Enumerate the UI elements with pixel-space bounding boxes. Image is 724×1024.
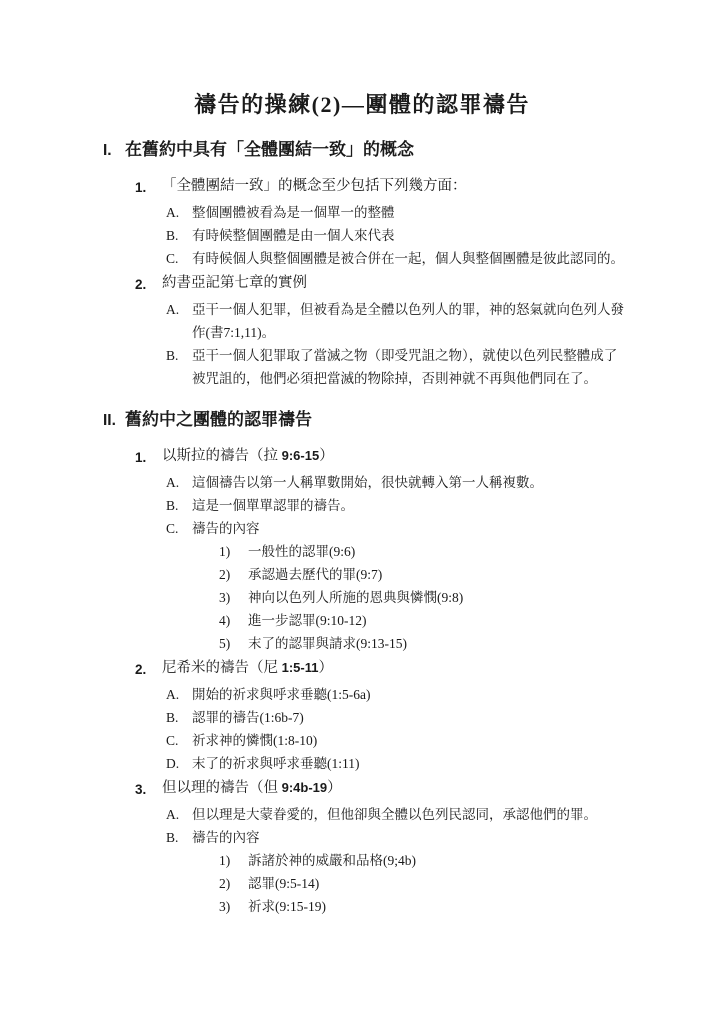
letter-item: A. 開始的祈求與呼求垂聽(1:5-6a) [0, 683, 724, 706]
item-text-pre: 「全體團結一致」的概念至少包括下列幾方面： [162, 178, 467, 194]
letter-item: B. 亞干一個人犯罪取了當滅之物（即受咒詛之物），就使以色列民整體成了被咒詛的，… [0, 344, 724, 390]
item-text-pre: 但以理的禱告（但 [162, 780, 282, 796]
letter-marker: A. [166, 298, 192, 321]
paren-item: 3) 祈求(9:15-19) [0, 895, 724, 918]
outline-item-heading: 3. 但以理的禱告（但 9:4b-19） [0, 776, 724, 802]
letter-text: 這個禱告以第一人稱單數開始，很快就轉入第一人稱複數。 [192, 471, 626, 494]
item-text: 「全體團結一致」的概念至少包括下列幾方面： [162, 174, 467, 198]
paren-item: 5) 末了的認罪與請求(9:13-15) [0, 632, 724, 655]
section-heading-ii: II. 舊約中之團體的認罪禱告 [0, 407, 724, 433]
item-text-post: ） [319, 448, 334, 464]
paren-text: 承認過去歷代的罪(9:7) [248, 563, 628, 586]
paren-marker: 3) [219, 586, 248, 609]
letter-text: 這是一個單單認罪的禱告。 [192, 494, 626, 517]
letter-text: 開始的祈求與呼求垂聽(1:5-6a) [192, 683, 626, 706]
paren-item: 1) 一般性的認罪(9:6) [0, 540, 724, 563]
paren-text: 祈求(9:15-19) [248, 895, 628, 918]
section-title: 在舊約中具有「全體團結一致」的概念 [125, 137, 414, 162]
item-number: 1. [135, 174, 162, 200]
letter-item: A. 這個禱告以第一人稱單數開始，很快就轉入第一人稱複數。 [0, 471, 724, 494]
letter-marker: C. [166, 729, 192, 752]
paren-marker: 5) [219, 632, 248, 655]
letter-item: C. 禱告的內容 [0, 517, 724, 540]
letter-text: 末了的祈求與呼求垂聽(1:11) [192, 752, 626, 775]
paren-marker: 2) [219, 872, 248, 895]
paren-text: 進一步認罪(9:10-12) [248, 609, 628, 632]
paren-marker: 1) [219, 849, 248, 872]
paren-marker: 2) [219, 563, 248, 586]
item-text-pre: 尼希米的禱告（尼 [162, 660, 282, 676]
letter-marker: B. [166, 344, 192, 367]
letter-item: A. 整個團體被看為是一個單一的整體 [0, 201, 724, 224]
paren-item: 3) 神向以色列人所施的恩典與憐憫(9:8) [0, 586, 724, 609]
paren-text: 神向以色列人所施的恩典與憐憫(9:8) [248, 586, 628, 609]
outline-item-heading: 2. 尼希米的禱告（尼 1:5-11） [0, 656, 724, 682]
outline-item-heading: 1. 以斯拉的禱告（拉 9:6-15） [0, 444, 724, 470]
item-number: 3. [135, 776, 162, 802]
verse-ref: 9:6-15 [282, 448, 320, 463]
letter-marker: C. [166, 247, 192, 270]
letter-item: C. 祈求神的憐憫(1:8-10) [0, 729, 724, 752]
letter-text: 亞干一個人犯罪取了當滅之物（即受咒詛之物），就使以色列民整體成了被咒詛的，他們必… [192, 344, 626, 390]
section-title: 舊約中之團體的認罪禱告 [125, 407, 312, 432]
item-text: 但以理的禱告（但 9:4b-19） [162, 776, 342, 800]
letter-text: 認罪的禱告(1:6b-7) [192, 706, 626, 729]
letter-text: 整個團體被看為是一個單一的整體 [192, 201, 626, 224]
letter-text: 有時候整個團體是由一個人來代表 [192, 224, 626, 247]
letter-item: A. 亞干一個人犯罪，但被看為是全體以色列人的罪，神的怒氣就向色列人發作(書7:… [0, 298, 724, 344]
item-text: 尼希米的禱告（尼 1:5-11） [162, 656, 333, 680]
item-number: 2. [135, 656, 162, 682]
section-numeral: I. [103, 137, 125, 163]
letter-item: C. 有時候個人與整個團體是被合併在一起，個人與整個團體是彼此認同的。 [0, 247, 724, 270]
paren-item: 1) 訴諸於神的威嚴和品格(9;4b) [0, 849, 724, 872]
paren-item: 2) 承認過去歷代的罪(9:7) [0, 563, 724, 586]
letter-marker: A. [166, 683, 192, 706]
letter-marker: A. [166, 471, 192, 494]
paren-item: 2) 認罪(9:5-14) [0, 872, 724, 895]
letter-text: 有時候個人與整個團體是被合併在一起，個人與整個團體是彼此認同的。 [192, 247, 626, 270]
item-text: 以斯拉的禱告（拉 9:6-15） [162, 444, 334, 468]
item-number: 1. [135, 444, 162, 470]
item-text: 約書亞記第七章的實例 [162, 271, 307, 295]
paren-text: 末了的認罪與請求(9:13-15) [248, 632, 628, 655]
paren-marker: 3) [219, 895, 248, 918]
letter-item: D. 末了的祈求與呼求垂聽(1:11) [0, 752, 724, 775]
item-text-post: ） [319, 660, 334, 676]
paren-marker: 1) [219, 540, 248, 563]
letter-marker: B. [166, 224, 192, 247]
item-text-post: ） [327, 780, 342, 796]
letter-item: B. 這是一個單單認罪的禱告。 [0, 494, 724, 517]
letter-item: B. 禱告的內容 [0, 826, 724, 849]
paren-text: 一般性的認罪(9:6) [248, 540, 628, 563]
letter-item: B. 認罪的禱告(1:6b-7) [0, 706, 724, 729]
letter-marker: D. [166, 752, 192, 775]
document-title: 禱告的操練(2)—團體的認罪禱告 [0, 90, 724, 120]
outline-item-heading: 2. 約書亞記第七章的實例 [0, 271, 724, 297]
letter-marker: A. [166, 803, 192, 826]
document-page: 禱告的操練(2)—團體的認罪禱告 I. 在舊約中具有「全體團結一致」的概念 1.… [0, 0, 724, 1024]
item-text-pre: 以斯拉的禱告（拉 [162, 448, 282, 464]
paren-text: 訴諸於神的威嚴和品格(9;4b) [248, 849, 628, 872]
letter-text: 亞干一個人犯罪，但被看為是全體以色列人的罪，神的怒氣就向色列人發作(書7:1,1… [192, 298, 626, 344]
verse-ref: 1:5-11 [282, 660, 319, 675]
letter-item: B. 有時候整個團體是由一個人來代表 [0, 224, 724, 247]
letter-text: 但以理是大蒙眷愛的，但他卻與全體以色列民認同，承認他們的罪。 [192, 803, 626, 826]
letter-marker: B. [166, 826, 192, 849]
paren-item: 4) 進一步認罪(9:10-12) [0, 609, 724, 632]
outline-item-heading: 1. 「全體團結一致」的概念至少包括下列幾方面： [0, 174, 724, 200]
section-numeral: II. [103, 407, 125, 433]
letter-text: 禱告的內容 [192, 826, 626, 849]
letter-text: 祈求神的憐憫(1:8-10) [192, 729, 626, 752]
letter-marker: B. [166, 706, 192, 729]
letter-item: A. 但以理是大蒙眷愛的，但他卻與全體以色列民認同，承認他們的罪。 [0, 803, 724, 826]
verse-ref: 9:4b-19 [282, 780, 328, 795]
letter-marker: A. [166, 201, 192, 224]
section-heading-i: I. 在舊約中具有「全體團結一致」的概念 [0, 137, 724, 163]
item-number: 2. [135, 271, 162, 297]
paren-text: 認罪(9:5-14) [248, 872, 628, 895]
letter-marker: B. [166, 494, 192, 517]
letter-text: 禱告的內容 [192, 517, 626, 540]
paren-marker: 4) [219, 609, 248, 632]
letter-marker: C. [166, 517, 192, 540]
item-text-pre: 約書亞記第七章的實例 [162, 275, 307, 291]
